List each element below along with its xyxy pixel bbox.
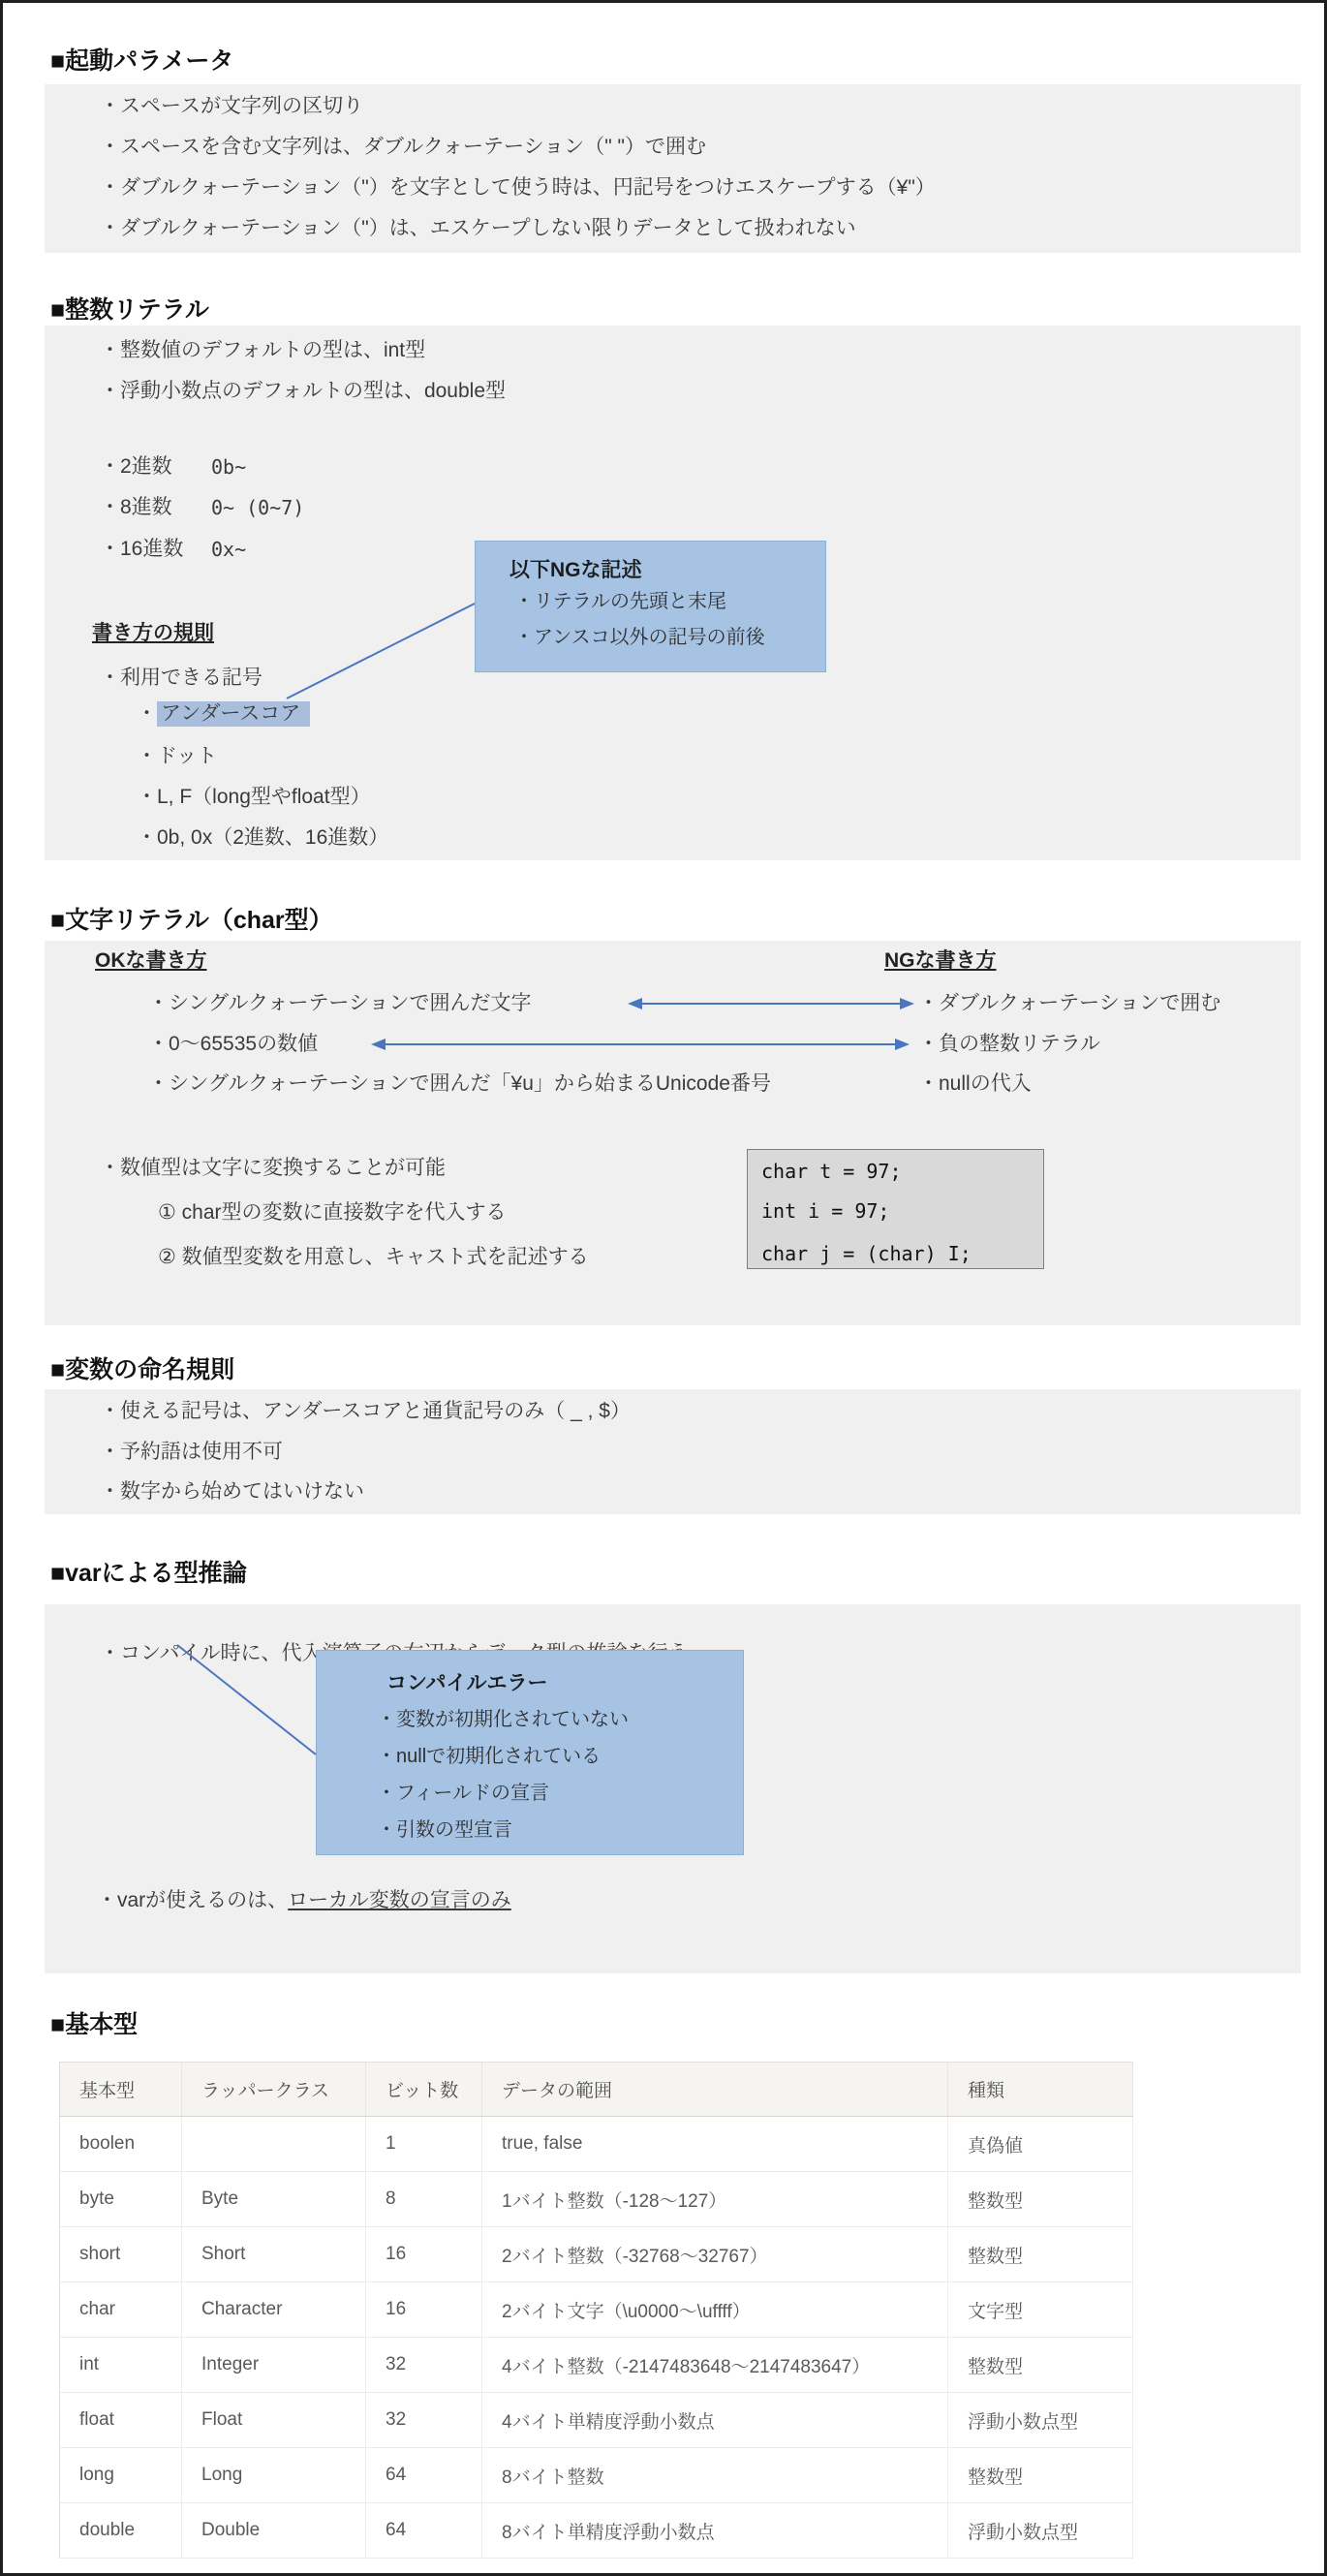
ng-callout-title: 以下NGな記述 xyxy=(509,557,642,584)
code-line: char j = (char) I; xyxy=(761,1241,972,1266)
var-usage-prefix: ・varが使えるのは、 xyxy=(97,1889,288,1911)
ng-callout: 以下NGな記述 ・リテラルの先頭と末尾 ・アンスコ以外の記号の前後 xyxy=(475,541,826,672)
table-row: boolen 1 true, false 真偽値 xyxy=(60,2117,1133,2172)
note-bullet: ・ダブルクォーテーション（"）を文字として使う時は、円記号をつけエスケープする（… xyxy=(100,173,936,202)
cell-kind: 整数型 xyxy=(948,2172,1133,2227)
cell-wrapper xyxy=(182,2117,366,2172)
ok-item: ・シングルクォーテーションで囲んだ「¥u」から始まるUnicode番号 xyxy=(148,1070,771,1099)
ng-item: ・負の整数リテラル xyxy=(918,1030,1100,1059)
cell-range: 4バイト単精度浮動小数点 xyxy=(482,2393,948,2448)
var-usage-bullet: ・varが使えるのは、ローカル変数の宣言のみ xyxy=(97,1886,511,1915)
note-step: ② 数値型変数を用意し、キャスト式を記述する xyxy=(158,1243,589,1272)
base-label: ・8進数 xyxy=(100,496,172,518)
ng-heading: NGな書き方 xyxy=(884,947,997,976)
connector-line xyxy=(284,599,478,703)
var-usage-underlined: ローカル変数の宣言のみ xyxy=(288,1889,511,1911)
col-header: ビット数 xyxy=(366,2063,482,2117)
base-label: ・16進数 xyxy=(100,538,183,560)
cell-wrapper: Float xyxy=(182,2393,366,2448)
compile-error-item: ・nullで初期化されている xyxy=(377,1743,601,1770)
cell-kind: 浮動小数点型 xyxy=(948,2503,1133,2559)
col-header: 基本型 xyxy=(60,2063,182,2117)
base-value: 0~ (0~7) xyxy=(211,493,304,522)
compile-error-item: ・引数の型宣言 xyxy=(377,1816,512,1844)
cell-wrapper: Character xyxy=(182,2282,366,2338)
table-row: double Double 64 8バイト単精度浮動小数点 浮動小数点型 xyxy=(60,2503,1133,2559)
note-bullet: ・ドット xyxy=(137,742,217,771)
base-row: ・8進数0~ (0~7) xyxy=(100,493,172,522)
table-row: float Float 32 4バイト単精度浮動小数点 浮動小数点型 xyxy=(60,2393,1133,2448)
cell-type: double xyxy=(60,2503,182,2559)
compile-error-title: コンパイルエラー xyxy=(386,1670,548,1697)
cell-wrapper: Short xyxy=(182,2227,366,2282)
cell-kind: 整数型 xyxy=(948,2448,1133,2503)
cell-wrapper: Byte xyxy=(182,2172,366,2227)
cell-kind: 整数型 xyxy=(948,2227,1133,2282)
symbol-underscore-row: ・アンダースコア xyxy=(137,699,310,729)
cell-type: short xyxy=(60,2227,182,2282)
note-bullet: ・使える記号は、アンダースコアと通貨記号のみ（ _ , $） xyxy=(100,1397,631,1426)
table-row: int Integer 32 4バイト整数（-2147483648〜214748… xyxy=(60,2338,1133,2393)
section-title-var: ■varによる型推論 xyxy=(50,1559,247,1588)
note-bullet: ・浮動小数点のデフォルトの型は、double型 xyxy=(100,377,506,406)
cell-type: boolen xyxy=(60,2117,182,2172)
table-row: byte Byte 8 1バイト整数（-128〜127） 整数型 xyxy=(60,2172,1133,2227)
compile-error-callout: コンパイルエラー ・変数が初期化されていない ・nullで初期化されている ・フ… xyxy=(316,1650,744,1855)
table-header-row: 基本型 ラッパークラス ビット数 データの範囲 種類 xyxy=(60,2063,1133,2117)
ok-heading: OKな書き方 xyxy=(95,947,207,976)
cell-type: float xyxy=(60,2393,182,2448)
cell-bits: 16 xyxy=(366,2227,482,2282)
note-bullet: ・スペースを含む文字列は、ダブルクォーテーション（" "）で囲む xyxy=(100,133,706,162)
note-bullet: ・L, F（long型やfloat型） xyxy=(137,783,371,812)
table-row: char Character 16 2バイト文字（\u0000〜\uffff） … xyxy=(60,2282,1133,2338)
cell-bits: 64 xyxy=(366,2448,482,2503)
section-title-startup: ■起動パラメータ xyxy=(50,47,233,76)
cell-bits: 32 xyxy=(366,2393,482,2448)
table-row: short Short 16 2バイト整数（-32768〜32767） 整数型 xyxy=(60,2227,1133,2282)
cell-range: 2バイト整数（-32768〜32767） xyxy=(482,2227,948,2282)
ng-item: ・nullの代入 xyxy=(918,1070,1032,1099)
cell-kind: 文字型 xyxy=(948,2282,1133,2338)
cell-wrapper: Double xyxy=(182,2503,366,2559)
note-bullet: ・ダブルクォーテーション（"）は、エスケープしない限りデータとして扱われない xyxy=(100,214,856,243)
compile-error-item: ・フィールドの宣言 xyxy=(377,1780,549,1807)
cell-wrapper: Integer xyxy=(182,2338,366,2393)
note-bullet: ・予約語は使用不可 xyxy=(100,1438,283,1467)
ok-item: ・シングルクォーテーションで囲んだ文字 xyxy=(148,989,532,1018)
base-value: 0b~ xyxy=(211,452,246,481)
col-header: データの範囲 xyxy=(482,2063,948,2117)
base-value: 0x~ xyxy=(211,535,246,564)
cell-range: 8バイト単精度浮動小数点 xyxy=(482,2503,948,2559)
cell-range: 1バイト整数（-128〜127） xyxy=(482,2172,948,2227)
ng-item: ・ダブルクォーテーションで囲む xyxy=(918,989,1220,1018)
double-arrow-icon xyxy=(628,996,914,1011)
note-bullet: ・スペースが文字列の区切り xyxy=(100,92,363,121)
bullet-mark: ・ xyxy=(137,702,157,725)
col-header: 種類 xyxy=(948,2063,1133,2117)
section-title-naming: ■変数の命名規則 xyxy=(50,1355,234,1384)
cell-type: char xyxy=(60,2282,182,2338)
base-label: ・2進数 xyxy=(100,455,172,478)
connector-line xyxy=(174,1642,320,1758)
base-row: ・16進数0x~ xyxy=(100,535,183,564)
compile-error-item: ・変数が初期化されていない xyxy=(377,1706,629,1733)
section-title-char: ■文字リテラル（char型） xyxy=(50,906,333,935)
cell-range: true, false xyxy=(482,2117,948,2172)
rules-heading: 書き方の規則 xyxy=(92,619,214,648)
table-row: long Long 64 8バイト整数 整数型 xyxy=(60,2448,1133,2503)
cell-wrapper: Long xyxy=(182,2448,366,2503)
basic-types-table: 基本型 ラッパークラス ビット数 データの範囲 種類 boolen 1 true… xyxy=(59,2062,1133,2559)
cell-kind: 浮動小数点型 xyxy=(948,2393,1133,2448)
section-title-integer: ■整数リテラル xyxy=(50,295,209,325)
ok-item: ・0〜65535の数値 xyxy=(148,1030,318,1059)
note-bullet: ・整数値のデフォルトの型は、int型 xyxy=(100,336,425,365)
ng-callout-item: ・リテラルの先頭と末尾 xyxy=(514,588,726,615)
code-box: char t = 97; int i = 97; char j = (char)… xyxy=(747,1149,1044,1269)
note-bullet: ・数字から始めてはいけない xyxy=(100,1477,364,1506)
double-arrow-icon xyxy=(371,1037,910,1052)
cell-type: long xyxy=(60,2448,182,2503)
notes-page: ■起動パラメータ ・スペースが文字列の区切り ・スペースを含む文字列は、ダブルク… xyxy=(0,0,1327,2576)
cell-bits: 32 xyxy=(366,2338,482,2393)
cell-bits: 16 xyxy=(366,2282,482,2338)
cell-range: 8バイト整数 xyxy=(482,2448,948,2503)
code-line: char t = 97; xyxy=(761,1159,902,1184)
cell-type: byte xyxy=(60,2172,182,2227)
cell-bits: 1 xyxy=(366,2117,482,2172)
cell-bits: 8 xyxy=(366,2172,482,2227)
base-row: ・2進数0b~ xyxy=(100,452,172,481)
note-bullet: ・数値型は文字に変換することが可能 xyxy=(100,1154,446,1183)
cell-type: int xyxy=(60,2338,182,2393)
cell-range: 4バイト整数（-2147483648〜2147483647） xyxy=(482,2338,948,2393)
col-header: ラッパークラス xyxy=(182,2063,366,2117)
ng-callout-item: ・アンスコ以外の記号の前後 xyxy=(514,624,765,651)
note-bullet: ・利用できる記号 xyxy=(100,664,262,693)
cell-range: 2バイト文字（\u0000〜\uffff） xyxy=(482,2282,948,2338)
underscore-highlight: アンダースコア xyxy=(157,701,310,727)
code-line: int i = 97; xyxy=(761,1198,889,1224)
cell-bits: 64 xyxy=(366,2503,482,2559)
note-bullet: ・0b, 0x（2進数、16進数） xyxy=(137,823,388,853)
cell-kind: 真偽値 xyxy=(948,2117,1133,2172)
cell-kind: 整数型 xyxy=(948,2338,1133,2393)
note-step: ① char型の変数に直接数字を代入する xyxy=(158,1198,507,1227)
section-title-basic-types: ■基本型 xyxy=(50,2010,138,2039)
